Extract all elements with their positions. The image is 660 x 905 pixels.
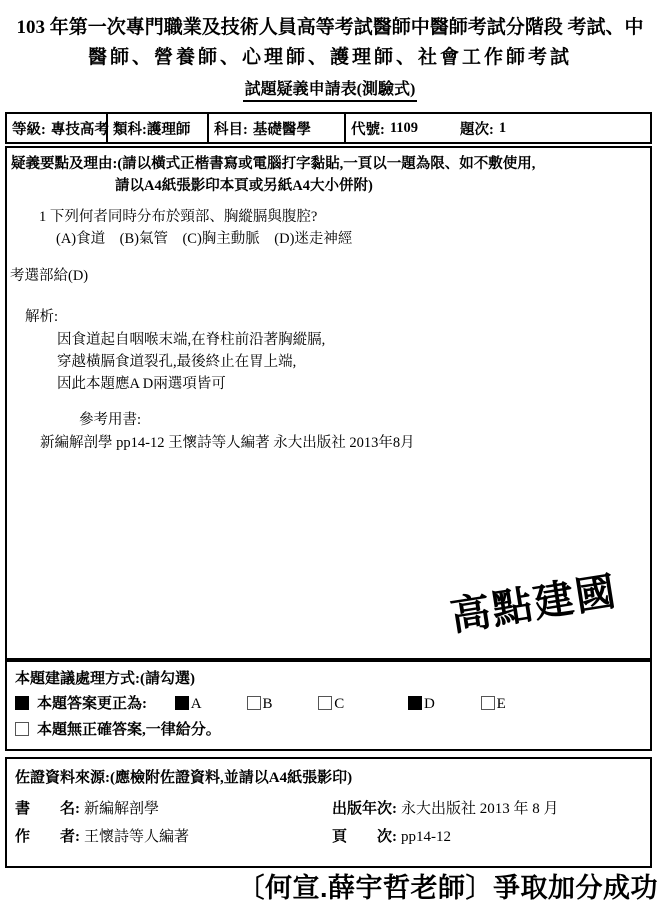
- objection-instruction-line2: 請以A4紙張影印本頁或另紙A4大小併附): [115, 174, 373, 195]
- analysis-line-2: 穿越橫膈食道裂孔,最後終止在胃上端,: [57, 350, 296, 371]
- header-cell-level: 等級: 專技高考: [7, 114, 108, 142]
- choice-e: E: [481, 696, 506, 712]
- analysis-label: 解析:: [25, 305, 58, 326]
- header-cell-subject: 科目: 基礎醫學: [209, 114, 346, 142]
- page-number-field: 頁 次:pp14-12: [332, 825, 451, 846]
- source-heading: 佐證資料來源:(應檢附佐證資料,並請以A4紙張影印): [15, 766, 352, 787]
- author-field: 作 者:王懷詩等人編著: [15, 825, 189, 846]
- no-correct-answer-label: 本題無正確答案,一律給分。: [37, 722, 221, 738]
- page-number-value: pp14-12: [401, 829, 451, 845]
- answer-correction-row: 本題答案更正為: A B C D E: [15, 692, 506, 713]
- author-label: 作 者:: [15, 829, 80, 845]
- level-label: 等級:: [12, 118, 46, 139]
- exam-title-line2: 醫師、營養師、心理師、護理師、社會工作師考試: [0, 42, 660, 69]
- no-correct-answer-checkbox: [15, 722, 29, 736]
- form-title: 試題疑義申請表(測驗式): [243, 76, 418, 102]
- header-cell-code-qno: 代號: 1109 題次: 1: [346, 114, 650, 142]
- header-table: 等級: 專技高考 類科: 護理師 科目: 基礎醫學 代號: 1109 題次: 1: [5, 112, 652, 144]
- subject-value: 基礎醫學: [253, 118, 311, 139]
- choice-e-label: E: [497, 696, 506, 712]
- choice-b-checkbox: [247, 696, 261, 710]
- objection-instruction-line1: 疑義要點及理由:(請以橫式正楷書寫或電腦打字黏貼,一頁以一題為限、如不敷使用,: [11, 152, 535, 173]
- no-correct-answer-row: 本題無正確答案,一律給分。: [15, 718, 221, 739]
- choice-c: C: [318, 696, 344, 712]
- choice-b-label: B: [263, 696, 273, 712]
- question-no-label: 題次:: [460, 118, 494, 139]
- choice-c-checkbox: [318, 696, 332, 710]
- page-number-label: 頁 次:: [332, 829, 397, 845]
- code-value: 1109: [390, 120, 418, 137]
- choice-a-label: A: [191, 696, 201, 712]
- choice-a-checkbox: [175, 696, 189, 710]
- book-name-label: 書 名:: [15, 801, 80, 817]
- publish-year-label: 出版年次:: [332, 801, 397, 817]
- footer-teacher-banner: 〔何宣.薛宇哲老師〕爭取加分成功: [237, 866, 658, 905]
- publish-year-field: 出版年次:永大出版社 2013 年 8 月: [332, 797, 559, 818]
- choice-b: B: [247, 696, 273, 712]
- reference-books-text: 新編解剖學 pp14-12 王懷詩等人編著 永大出版社 2013年8月: [40, 431, 415, 452]
- choice-d-checkbox: [408, 696, 422, 710]
- form-title-wrap: 試題疑義申請表(測驗式): [0, 76, 660, 102]
- choice-d-label: D: [424, 696, 435, 712]
- answer-correction-label: 本題答案更正為:: [37, 696, 147, 712]
- exam-objection-form-document: 103 年第一次專門職業及技術人員高等考試醫師中醫師考試分階段 考試、中 醫師、…: [0, 0, 660, 905]
- subject-label: 科目:: [214, 118, 248, 139]
- book-name-field: 書 名:新編解剖學: [15, 797, 159, 818]
- supporting-source-box: 佐證資料來源:(應檢附佐證資料,並請以A4紙張影印) 書 名:新編解剖學 出版年…: [5, 757, 652, 868]
- choice-d: D: [408, 696, 435, 712]
- choice-e-checkbox: [481, 696, 495, 710]
- analysis-line-3: 因此本題應A D兩選項皆可: [57, 372, 226, 393]
- category-label: 類科:: [113, 118, 147, 139]
- header-cell-category: 類科: 護理師: [108, 114, 209, 142]
- category-value: 護理師: [147, 118, 191, 139]
- author-value: 王懷詩等人編著: [84, 829, 189, 845]
- level-value: 專技高考: [51, 118, 109, 139]
- question-options: (A)食道 (B)氣管 (C)胸主動脈 (D)迷走神經: [56, 227, 352, 248]
- official-answer: 考選部給(D): [10, 264, 88, 285]
- choice-a: A: [175, 696, 201, 712]
- question-text: 1 下列何者同時分布於頸部、胸縱膈與腹腔?: [39, 205, 317, 226]
- suggested-handling-box: 本題建議處理方式:(請勾選) 本題答案更正為: A B C D E 本題無正確答…: [5, 660, 652, 751]
- code-label: 代號:: [351, 118, 385, 139]
- choice-c-label: C: [334, 696, 344, 712]
- suggested-handling-heading: 本題建議處理方式:(請勾選): [15, 667, 195, 688]
- exam-title-line1: 103 年第一次專門職業及技術人員高等考試醫師中醫師考試分階段 考試、中: [0, 12, 660, 39]
- analysis-line-1: 因食道起自咽喉末端,在脊柱前沿著胸縱膈,: [57, 328, 325, 349]
- book-name-value: 新編解剖學: [84, 801, 159, 817]
- publish-year-value: 永大出版社 2013 年 8 月: [401, 801, 559, 817]
- question-no-value: 1: [499, 120, 506, 137]
- reference-books-label: 參考用書:: [79, 408, 141, 429]
- answer-correction-checkbox: [15, 696, 29, 710]
